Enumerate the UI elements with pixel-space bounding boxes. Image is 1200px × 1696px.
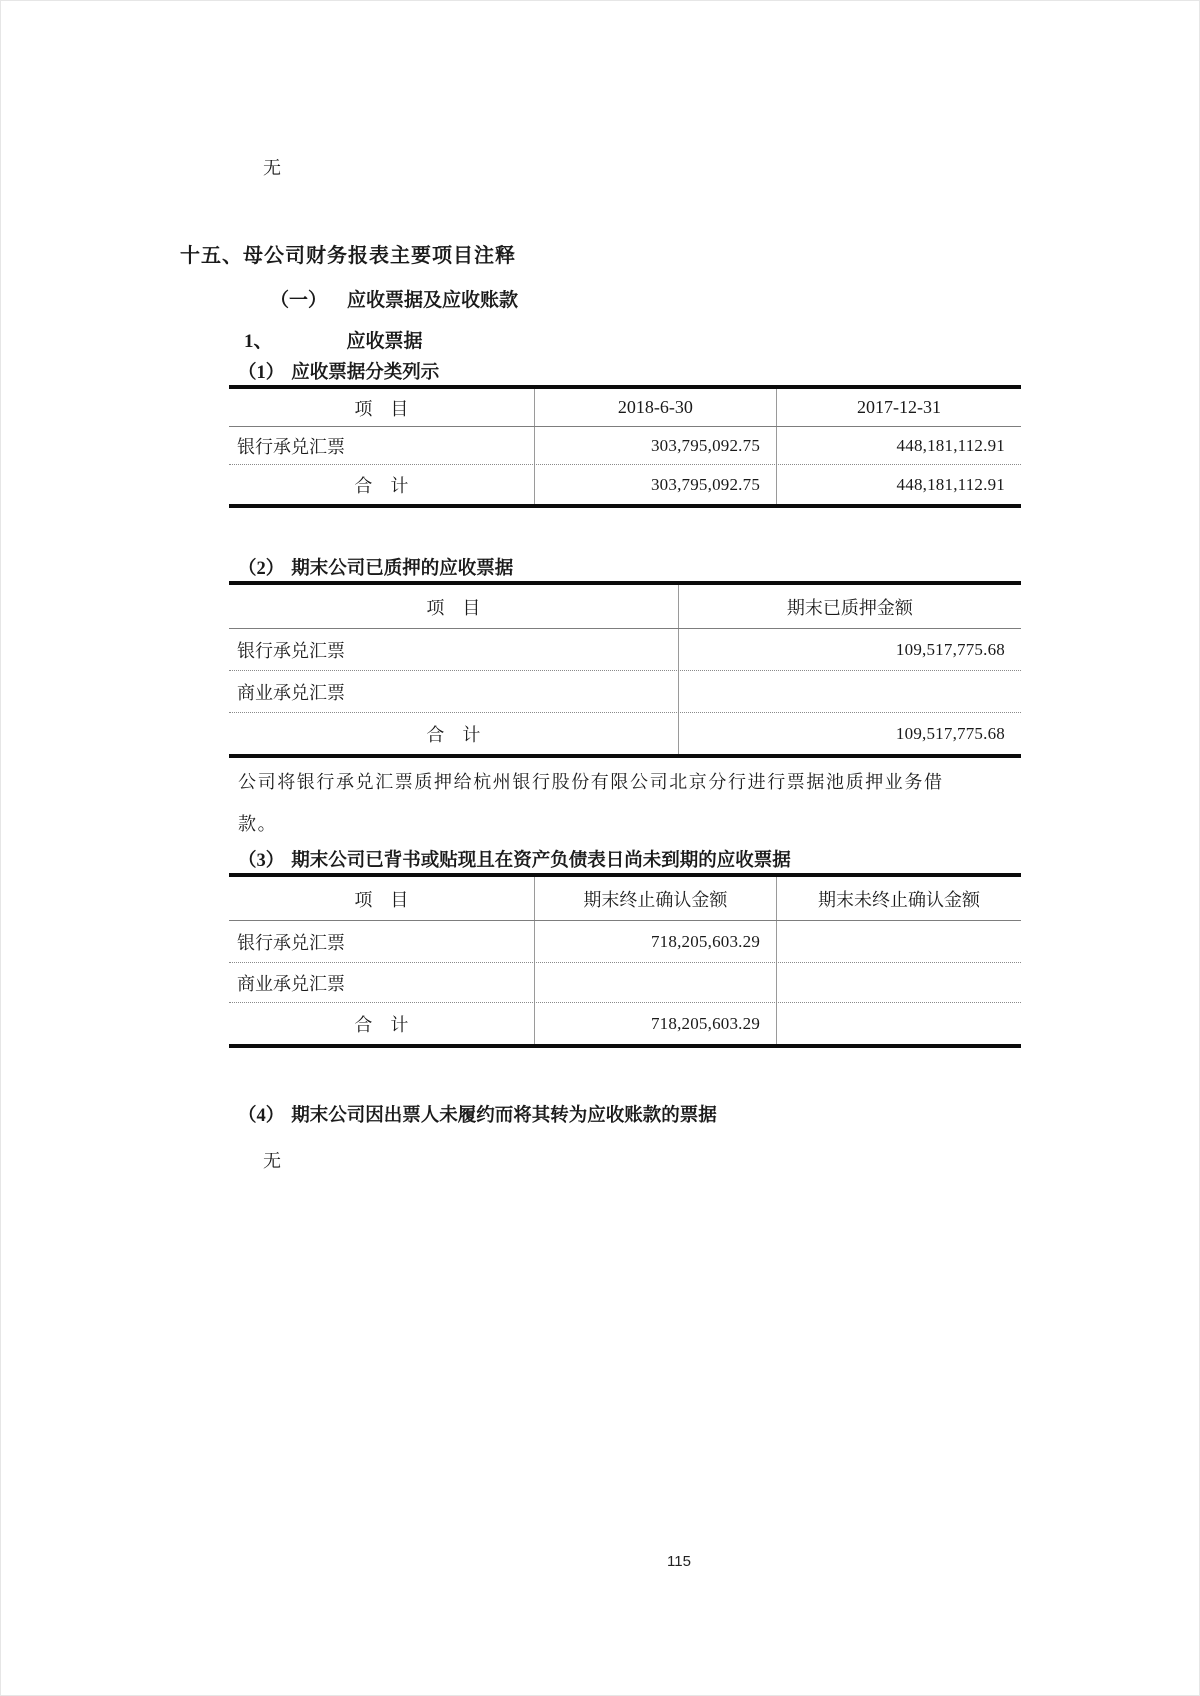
row-label-total: 合 计 — [229, 1003, 535, 1044]
section-heading: 十五、母公司财务报表主要项目注释 — [180, 239, 516, 268]
table-pledged-bills: 项 目 期末已质押金额 银行承兑汇票 109,517,775.68 商业承兑汇票… — [229, 581, 1021, 758]
clause-title: 期末公司已背书或贴现且在资产负债表日尚未到期的应收票据 — [291, 846, 791, 872]
table-row-total: 合 计 109,517,775.68 — [229, 713, 1021, 754]
cell-value: 303,795,092.75 — [535, 465, 777, 504]
clause-1-heading: （1） 应收票据分类列示 — [238, 358, 439, 384]
column-header-item: 项 目 — [229, 389, 535, 426]
item-heading: 1、 应收票据 — [244, 326, 423, 353]
row-label: 商业承兑汇票 — [229, 963, 535, 1002]
table-row: 银行承兑汇票 109,517,775.68 — [229, 629, 1021, 671]
table-row: 商业承兑汇票 — [229, 671, 1021, 713]
spacer — [327, 285, 347, 312]
subsection-heading: （一） 应收票据及应收账款 — [270, 285, 518, 312]
table-endorsed-bills: 项 目 期末终止确认金额 期末未终止确认金额 银行承兑汇票 718,205,60… — [229, 873, 1021, 1048]
table-bills-classification: 项 目 2018-6-30 2017-12-31 银行承兑汇票 303,795,… — [229, 385, 1021, 508]
clause-3-heading: （3） 期末公司已背书或贴现且在资产负债表日尚未到期的应收票据 — [238, 846, 791, 872]
table-row-total: 合 计 718,205,603.29 — [229, 1003, 1021, 1044]
column-header-2017-12-31: 2017-12-31 — [777, 389, 1021, 426]
none-placeholder-bottom: 无 — [263, 1147, 282, 1173]
clause-title: 期末公司已质押的应收票据 — [291, 554, 513, 580]
spacer — [284, 846, 291, 872]
clause-marker: （1） — [238, 358, 284, 384]
table-row: 商业承兑汇票 — [229, 963, 1021, 1003]
clause-marker: （2） — [238, 554, 284, 580]
cell-value: 303,795,092.75 — [535, 427, 777, 464]
column-header-not-derecognized: 期末未终止确认金额 — [777, 877, 1021, 920]
column-header-2018-6-30: 2018-6-30 — [535, 389, 777, 426]
pledge-note-paragraph: 公司将银行承兑汇票质押给杭州银行股份有限公司北京分行进行票据池质押业务借 款。 — [238, 761, 1028, 845]
page-number: 115 — [667, 1553, 691, 1570]
document-page: { "page": { "none_top": "无", "section15"… — [0, 0, 1200, 1696]
row-label: 商业承兑汇票 — [229, 671, 679, 712]
clause-2-heading: （2） 期末公司已质押的应收票据 — [238, 554, 513, 580]
none-placeholder-top: 无 — [263, 154, 282, 180]
clause-4-heading: （4） 期末公司因出票人未履约而将其转为应收账款的票据 — [238, 1101, 717, 1127]
cell-value — [777, 1003, 1021, 1044]
table-header-row: 项 目 期末已质押金额 — [229, 585, 1021, 629]
cell-value — [679, 671, 1021, 712]
row-label-total: 合 计 — [229, 713, 679, 754]
row-label: 银行承兑汇票 — [229, 427, 535, 464]
cell-value: 718,205,603.29 — [535, 921, 777, 962]
clause-title: 期末公司因出票人未履约而将其转为应收账款的票据 — [291, 1101, 717, 1127]
cell-value: 718,205,603.29 — [535, 1003, 777, 1044]
table-row: 银行承兑汇票 303,795,092.75 448,181,112.91 — [229, 427, 1021, 465]
item-title: 应收票据 — [347, 326, 423, 353]
spacer — [284, 358, 291, 384]
column-header-derecognized: 期末终止确认金额 — [535, 877, 777, 920]
subsection-marker: （一） — [270, 285, 327, 312]
column-header-item: 项 目 — [229, 877, 535, 920]
spacer — [273, 326, 347, 353]
cell-value: 448,181,112.91 — [777, 427, 1021, 464]
cell-value — [777, 963, 1021, 1002]
paragraph-line: 公司将银行承兑汇票质押给杭州银行股份有限公司北京分行进行票据池质押业务借 — [238, 761, 1028, 803]
clause-marker: （4） — [238, 1101, 284, 1127]
clause-marker: （3） — [238, 846, 284, 872]
row-label: 银行承兑汇票 — [229, 629, 679, 670]
cell-value: 109,517,775.68 — [679, 629, 1021, 670]
item-marker: 1、 — [244, 326, 273, 353]
table-header-row: 项 目 2018-6-30 2017-12-31 — [229, 389, 1021, 427]
paragraph-line: 款。 — [238, 803, 1028, 845]
row-label-total: 合 计 — [229, 465, 535, 504]
column-header-item: 项 目 — [229, 585, 679, 628]
table-row: 银行承兑汇票 718,205,603.29 — [229, 921, 1021, 963]
spacer — [284, 554, 291, 580]
cell-value — [777, 921, 1021, 962]
spacer — [284, 1101, 291, 1127]
cell-value: 448,181,112.91 — [777, 465, 1021, 504]
table-row-total: 合 计 303,795,092.75 448,181,112.91 — [229, 465, 1021, 504]
table-header-row: 项 目 期末终止确认金额 期末未终止确认金额 — [229, 877, 1021, 921]
row-label: 银行承兑汇票 — [229, 921, 535, 962]
cell-value: 109,517,775.68 — [679, 713, 1021, 754]
subsection-title: 应收票据及应收账款 — [347, 285, 518, 312]
clause-title: 应收票据分类列示 — [291, 358, 439, 384]
column-header-pledged-amount: 期末已质押金额 — [679, 585, 1021, 628]
cell-value — [535, 963, 777, 1002]
